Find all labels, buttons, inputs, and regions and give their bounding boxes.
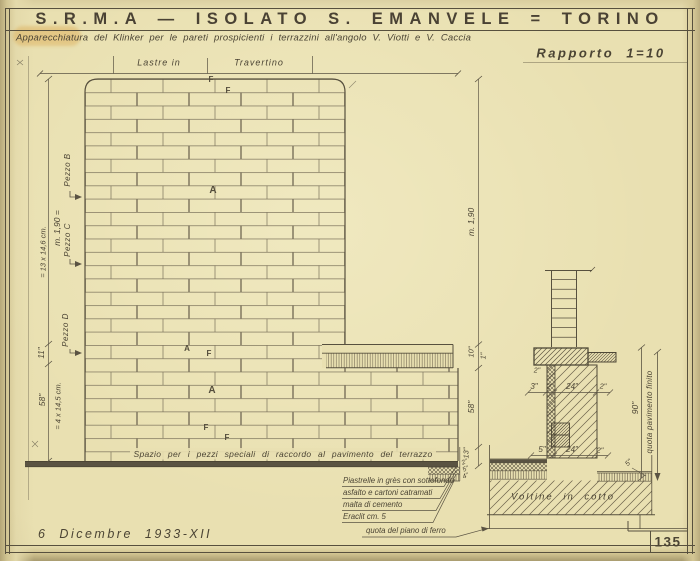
- sheet-number: 135: [654, 535, 681, 549]
- mark-f-2: F: [226, 87, 231, 95]
- section-drawing: [486, 267, 687, 529]
- sheet-subtitle: Apparecchiatura del Klinker per le paret…: [16, 33, 471, 43]
- mark-f-3: F: [207, 350, 212, 358]
- dim-13: 13": [462, 447, 470, 458]
- bottom-note: Spazio per i pezzi speciali di raccordo …: [133, 449, 432, 458]
- sec-dim-24a: 24": [566, 383, 578, 391]
- mark-a-2: A: [184, 345, 190, 353]
- legend-piastrelle: Piastrelle in grès con sottofondo: [343, 477, 454, 485]
- voltine-label: Voltine in cotto: [511, 492, 615, 502]
- dim-58-right: 58": [467, 401, 476, 413]
- dim-10: 10": [467, 346, 475, 357]
- dim-1: 1": [479, 353, 487, 360]
- sec-dim-3: 3": [530, 383, 537, 391]
- mark-f-4: F: [204, 424, 209, 432]
- left-dimension-lines: [45, 76, 82, 464]
- dim-m190-left: m. 1,90 =: [53, 210, 62, 246]
- travertino-label: Travertino: [234, 59, 284, 68]
- mark-a-3: A: [208, 386, 215, 396]
- pezzo-b-label: Pezzo B: [64, 153, 72, 186]
- section-travertine-slab: [534, 348, 588, 365]
- date-label: 6 Dicembre 1933-XII: [38, 528, 212, 541]
- legend-quota-ferro: quota del piano di ferro: [366, 527, 446, 535]
- legend-malta: malta di cemento: [343, 501, 402, 509]
- dim-58-left: 58": [38, 394, 47, 406]
- sec-dim-24b: 24": [566, 446, 578, 454]
- sec-dim-small-2: 2": [534, 368, 540, 375]
- mark-f-5: F: [225, 434, 230, 442]
- dim-m190-left-eq: = 13 x 14,6 cm.: [39, 226, 47, 278]
- brick-field: [85, 79, 458, 461]
- section-floor-left: [490, 459, 547, 479]
- sec-dim-2c: 2": [597, 446, 604, 454]
- sec-dim-5: 5": [538, 446, 545, 454]
- sec-dim-90: 90": [631, 402, 640, 414]
- sec-dim-2a: 2": [547, 382, 554, 390]
- mark-f-1: F: [209, 76, 214, 84]
- mark-a-1: A: [209, 186, 216, 196]
- sheet-title: S.R.M.A — ISOLATO S. EMANVELE = TORINO: [35, 11, 664, 28]
- dim-m190-right: m. 1,90: [467, 208, 476, 236]
- drawing-sheet: S.R.M.A — ISOLATO S. EMANVELE = TORINO A…: [0, 0, 700, 561]
- section-thin-slab: [588, 353, 616, 363]
- legend-eraclit: Eraclit cm. 5: [343, 513, 386, 521]
- terrace-floor-band: [25, 462, 458, 467]
- quota-pavimento-finito: quota pavimento finito: [646, 371, 654, 454]
- dim-58-left-eq: = 4 x 14,5 cm.: [54, 382, 62, 429]
- elevation-wall: [25, 79, 460, 481]
- right-dimension-lines: [475, 76, 482, 469]
- legend-asfalto: asfalto e cartoni catramati: [343, 489, 432, 497]
- lastre-label: Lastre in: [137, 59, 181, 68]
- dim-11: 11": [38, 347, 46, 358]
- pezzo-d-label: Pezzo D: [62, 313, 70, 347]
- pezzo-c-label: Pezzo C: [64, 223, 72, 257]
- sec-dim-2b: 2": [600, 382, 607, 390]
- scale-label: Rapporto 1=10: [536, 47, 665, 60]
